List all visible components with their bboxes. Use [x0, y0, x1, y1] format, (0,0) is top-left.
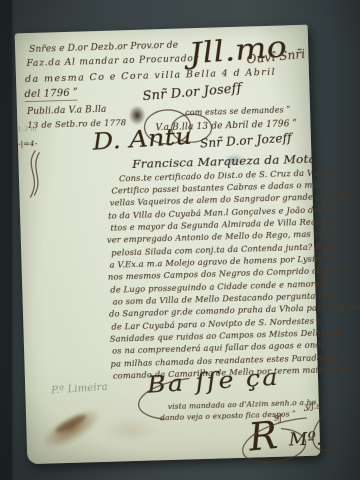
- marginal-note: P.º Limeira: [51, 382, 108, 397]
- manuscript-line: Publi.da V.a B.lla: [27, 105, 107, 117]
- faint-smear: [104, 417, 157, 443]
- manuscript-page: Snr̃es e D.or Dezb.or Prov.or de Faz.da …: [15, 25, 321, 465]
- photograph-background: Snr̃es e D.or Dezb.or Prov.or de Faz.da …: [0, 0, 360, 480]
- rubric-loop-flourish: [211, 409, 338, 475]
- manuscript-line: del 1796 ʺ: [24, 88, 78, 103]
- brown-ink-smudge: [36, 401, 106, 456]
- margin-mark: 1.2 m: [17, 125, 37, 134]
- manuscript-line: Snr̃es e D.or Dezb.or Prov.or de: [29, 41, 178, 55]
- margin-mark: -|=4-: [18, 139, 38, 149]
- manuscript-line: Faz.da Al mandar ao Procurador: [26, 54, 198, 69]
- margin-squiggle: [21, 149, 47, 202]
